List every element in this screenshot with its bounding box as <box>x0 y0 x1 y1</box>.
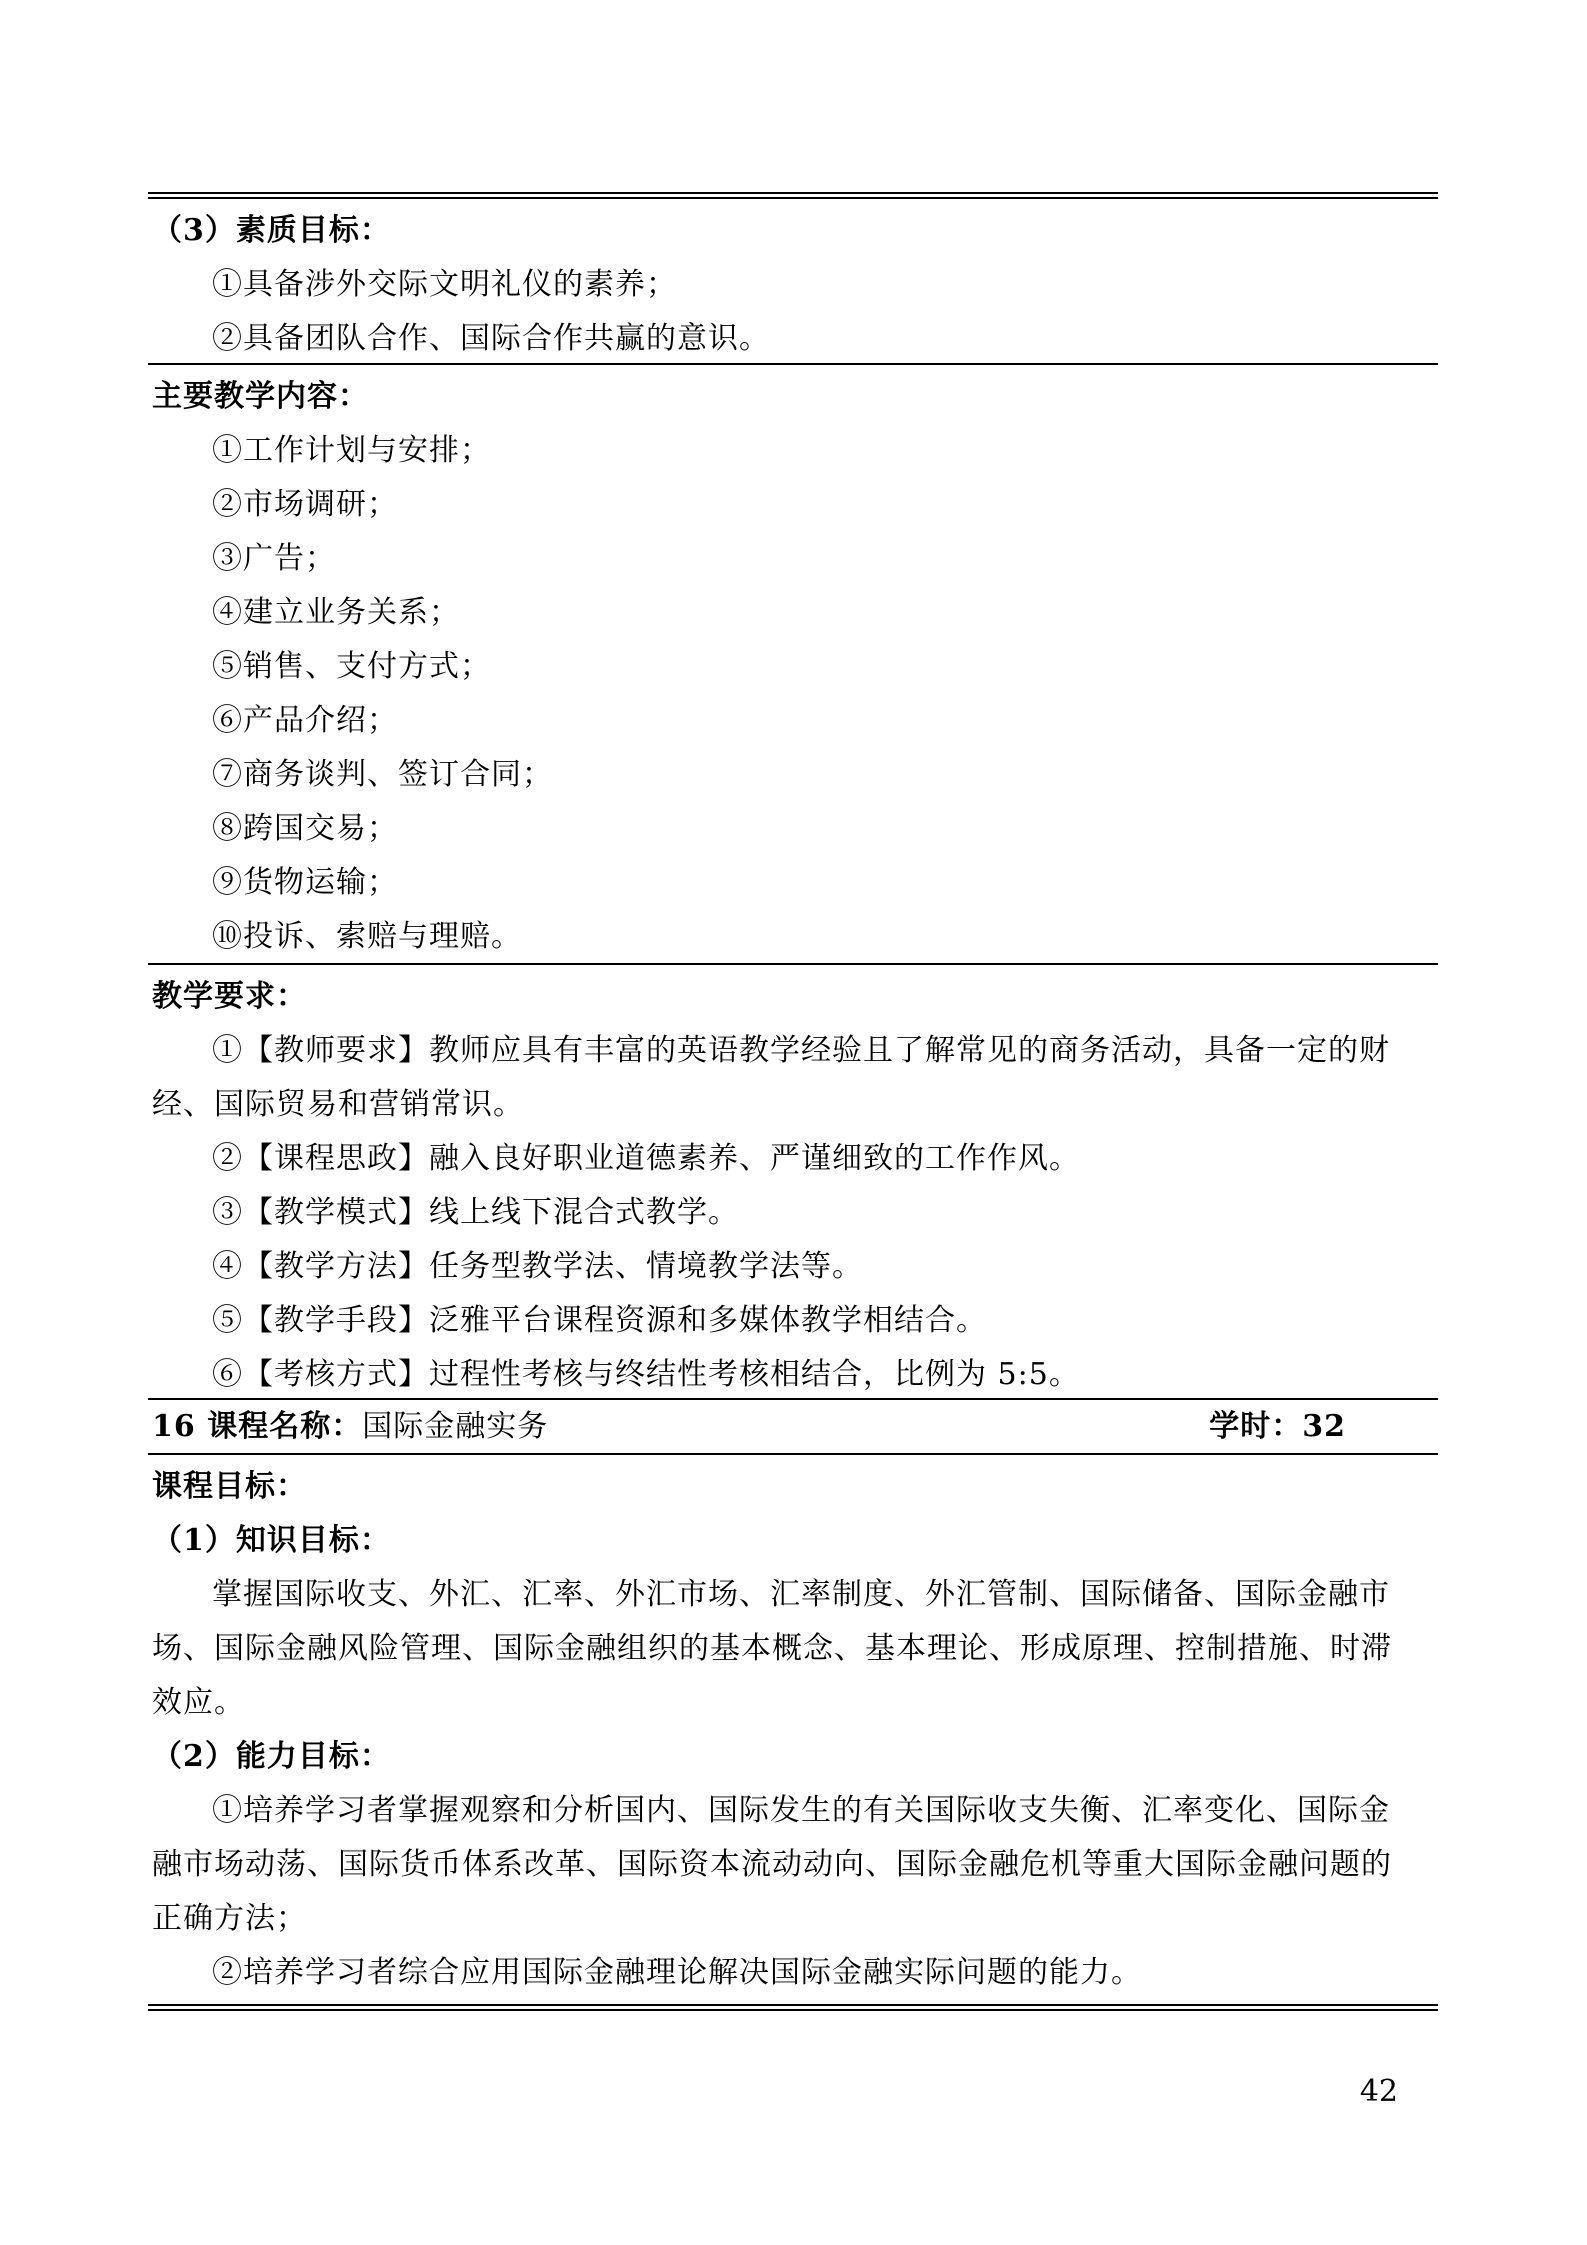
section-teaching-requirements: 教学要求： ①【教师要求】教师应具有丰富的英语教学经验且了解常见的商务活动，具备… <box>148 965 1438 1400</box>
course-goals-heading: 课程目标： <box>152 1460 1438 1514</box>
list-item: ②市场调研； <box>152 478 1438 532</box>
teaching-requirements-heading: 教学要求： <box>152 970 1438 1024</box>
paragraph-line: 正确方法； <box>152 1892 1438 1946</box>
paragraph-line: 掌握国际收支、外汇、汇率、外汇市场、汇率制度、外汇管制、国际储备、国际金融市 <box>152 1568 1438 1622</box>
document-page: （3）素质目标： ①具备涉外交际文明礼仪的素养； ②具备团队合作、国际合作共赢的… <box>0 0 1587 2245</box>
list-item: ②具备团队合作、国际合作共赢的意识。 <box>152 312 1438 366</box>
list-item: ④建立业务关系； <box>152 586 1438 640</box>
page-number: 42 <box>1360 2072 1398 2112</box>
course-number-label: 16 课程名称： <box>152 1409 362 1444</box>
paragraph-line: 场、国际金融风险管理、国际金融组织的基本概念、基本理论、形成原理、控制措施、时滞 <box>152 1622 1438 1676</box>
list-item: ⑨货物运输； <box>152 856 1438 910</box>
paragraph-line: ①培养学习者掌握观察和分析国内、国际发生的有关国际收支失衡、汇率变化、国际金 <box>152 1784 1438 1838</box>
list-item: ①工作计划与安排； <box>152 424 1438 478</box>
section-teaching-content: 主要教学内容： ①工作计划与安排； ②市场调研； ③广告； ④建立业务关系； ⑤… <box>148 365 1438 965</box>
list-item: ①具备涉外交际文明礼仪的素养； <box>152 258 1438 312</box>
knowledge-goals-heading: （1）知识目标： <box>152 1514 1438 1568</box>
paragraph-line: 效应。 <box>152 1676 1438 1730</box>
list-item: ⑦商务谈判、签订合同； <box>152 748 1438 802</box>
paragraph-line: 融市场动荡、国际货币体系改革、国际资本流动动向、国际金融危机等重大国际金融问题的 <box>152 1838 1438 1892</box>
list-item: ⑩投诉、索赔与理赔。 <box>152 910 1438 964</box>
section-quality-goals: （3）素质目标： ①具备涉外交际文明礼仪的素养； ②具备团队合作、国际合作共赢的… <box>148 199 1438 365</box>
course-hours: 学时：32 <box>1209 1400 1346 1454</box>
paragraph-line: ⑤【教学手段】泛雅平台课程资源和多媒体教学相结合。 <box>152 1294 1438 1348</box>
paragraph-line: ⑥【考核方式】过程性考核与终结性考核相结合，比例为 5:5。 <box>152 1348 1438 1402</box>
section-course-goals: 课程目标： （1）知识目标： 掌握国际收支、外汇、汇率、外汇市场、汇率制度、外汇… <box>148 1455 1438 2004</box>
course-title: 16 课程名称：国际金融实务 <box>152 1400 548 1454</box>
list-item: ⑤销售、支付方式； <box>152 640 1438 694</box>
list-item: ⑧跨国交易； <box>152 802 1438 856</box>
paragraph-line: ①【教师要求】教师应具有丰富的英语教学经验且了解常见的商务活动，具备一定的财 <box>152 1024 1438 1078</box>
paragraph-line: ②【课程思政】融入良好职业道德素养、严谨细致的工作作风。 <box>152 1132 1438 1186</box>
list-item: ⑥产品介绍； <box>152 694 1438 748</box>
paragraph-line: ②培养学习者综合应用国际金融理论解决国际金融实际问题的能力。 <box>152 1946 1438 2000</box>
paragraph-line: ④【教学方法】任务型教学法、情境教学法等。 <box>152 1240 1438 1294</box>
paragraph-line: 经、国际贸易和营销常识。 <box>152 1078 1438 1132</box>
syllabus-table: （3）素质目标： ①具备涉外交际文明礼仪的素养； ②具备团队合作、国际合作共赢的… <box>148 192 1438 2011</box>
course-name: 国际金融实务 <box>362 1409 548 1444</box>
teaching-content-heading: 主要教学内容： <box>152 370 1438 424</box>
course-header-row: 16 课程名称：国际金融实务 学时：32 <box>148 1400 1438 1455</box>
ability-goals-heading: （2）能力目标： <box>152 1730 1438 1784</box>
hours-value: 32 <box>1302 1409 1346 1444</box>
hours-label: 学时： <box>1209 1409 1302 1444</box>
quality-goals-heading: （3）素质目标： <box>152 204 1438 258</box>
list-item: ③广告； <box>152 532 1438 586</box>
paragraph-line: ③【教学模式】线上线下混合式教学。 <box>152 1186 1438 1240</box>
